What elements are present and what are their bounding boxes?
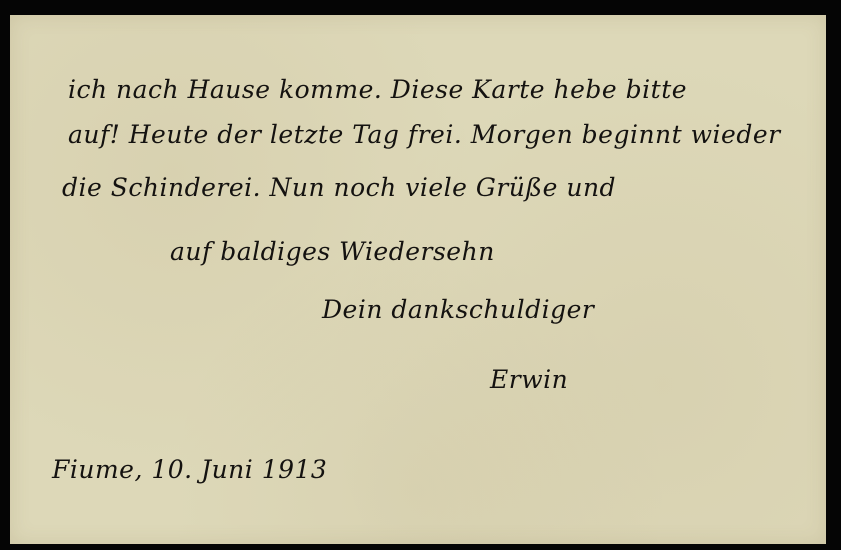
handwritten-line-4: auf baldiges Wiedersehn xyxy=(170,237,495,266)
postcard: ich nach Hause komme. Diese Karte hebe b… xyxy=(10,15,826,544)
closing-line: Dein dankschuldiger xyxy=(322,295,594,324)
signature: Erwin xyxy=(490,365,568,394)
handwritten-line-3: die Schinderei. Nun noch viele Grüße und xyxy=(62,173,616,202)
handwritten-line-2: auf! Heute der letzte Tag frei. Morgen b… xyxy=(68,120,781,149)
handwritten-line-1: ich nach Hause komme. Diese Karte hebe b… xyxy=(68,75,687,104)
place-date: Fiume, 10. Juni 1913 xyxy=(52,455,327,484)
